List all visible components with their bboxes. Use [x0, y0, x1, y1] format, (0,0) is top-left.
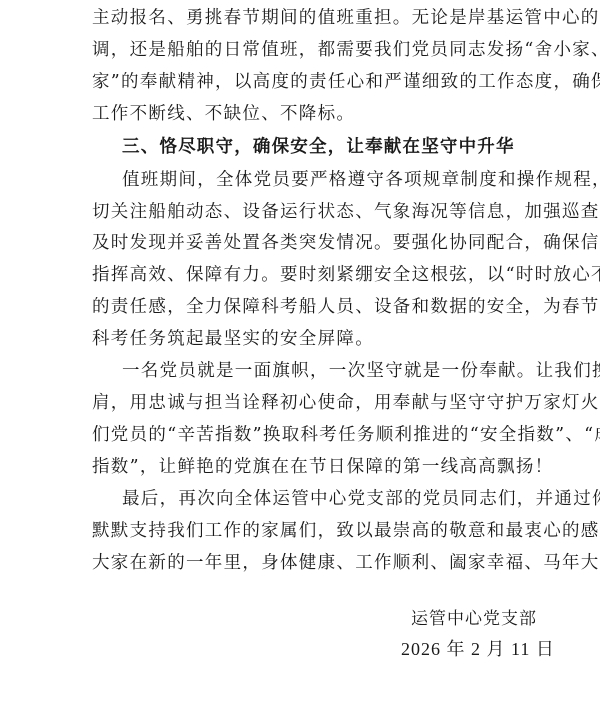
- paragraph-line: 值班期间，全体党员要严格遵守各项规章制度和操作规程，密: [122, 170, 516, 190]
- paragraph-line: 家”的奉献精神，以高度的责任心和严谨细致的工作态度，确保各项: [92, 72, 516, 92]
- paragraph-line: 工作不断线、不缺位、不降标。: [92, 104, 516, 124]
- section-heading: 三、恪尽职守，确保安全，让奉献在坚守中升华: [122, 137, 516, 157]
- paragraph-line: 科考任务筑起最坚实的安全屏障。: [92, 329, 516, 349]
- paragraph-line: 肩，用忠诚与担当诠释初心使命，用奉献与坚守守护万家灯火，用我: [92, 393, 516, 413]
- paragraph-line: 指数”，让鲜艳的党旗在在节日保障的第一线高高飘扬！: [92, 457, 516, 477]
- paragraph-line: 的责任感，全力保障科考船人员、设备和数据的安全，为春节期间的: [92, 297, 516, 317]
- signature-date: 2026 年 2 月 11 日: [401, 635, 555, 661]
- paragraph-line: 及时发现并妥善处置各类突发情况。要强化协同配合，确保信息畅通、: [92, 233, 516, 253]
- paragraph-line: 切关注船舶动态、设备运行状态、气象海况等信息，加强巡查检查，: [92, 202, 516, 222]
- paragraph-line: 们党员的“辛苦指数”换取科考任务顺利推进的“安全指数”、“成功: [92, 425, 516, 445]
- paragraph-line: 默默支持我们工作的家属们，致以最崇高的敬意和最衷心的感谢！祝: [92, 521, 516, 541]
- paragraph-line: 调，还是船舶的日常值班，都需要我们党员同志发扬“舍小家、顾大: [92, 40, 516, 60]
- signature-organization: 运管中心党支部: [411, 604, 537, 629]
- paragraph-line: 主动报名、勇挑春节期间的值班重担。无论是岸基运管中心的指挥协: [92, 8, 516, 28]
- paragraph-line: 最后，再次向全体运管中心党支部的党员同志们，并通过你们向: [122, 489, 516, 509]
- paragraph-line: 一名党员就是一面旗帜，一次坚守就是一份奉献。让我们携手并: [122, 361, 516, 381]
- paragraph-line: 大家在新的一年里，身体健康、工作顺利、阖家幸福、马年大吉！: [92, 553, 516, 573]
- paragraph-line: 指挥高效、保障有力。要时刻紧绷安全这根弦，以“时时放心不下”: [92, 265, 516, 285]
